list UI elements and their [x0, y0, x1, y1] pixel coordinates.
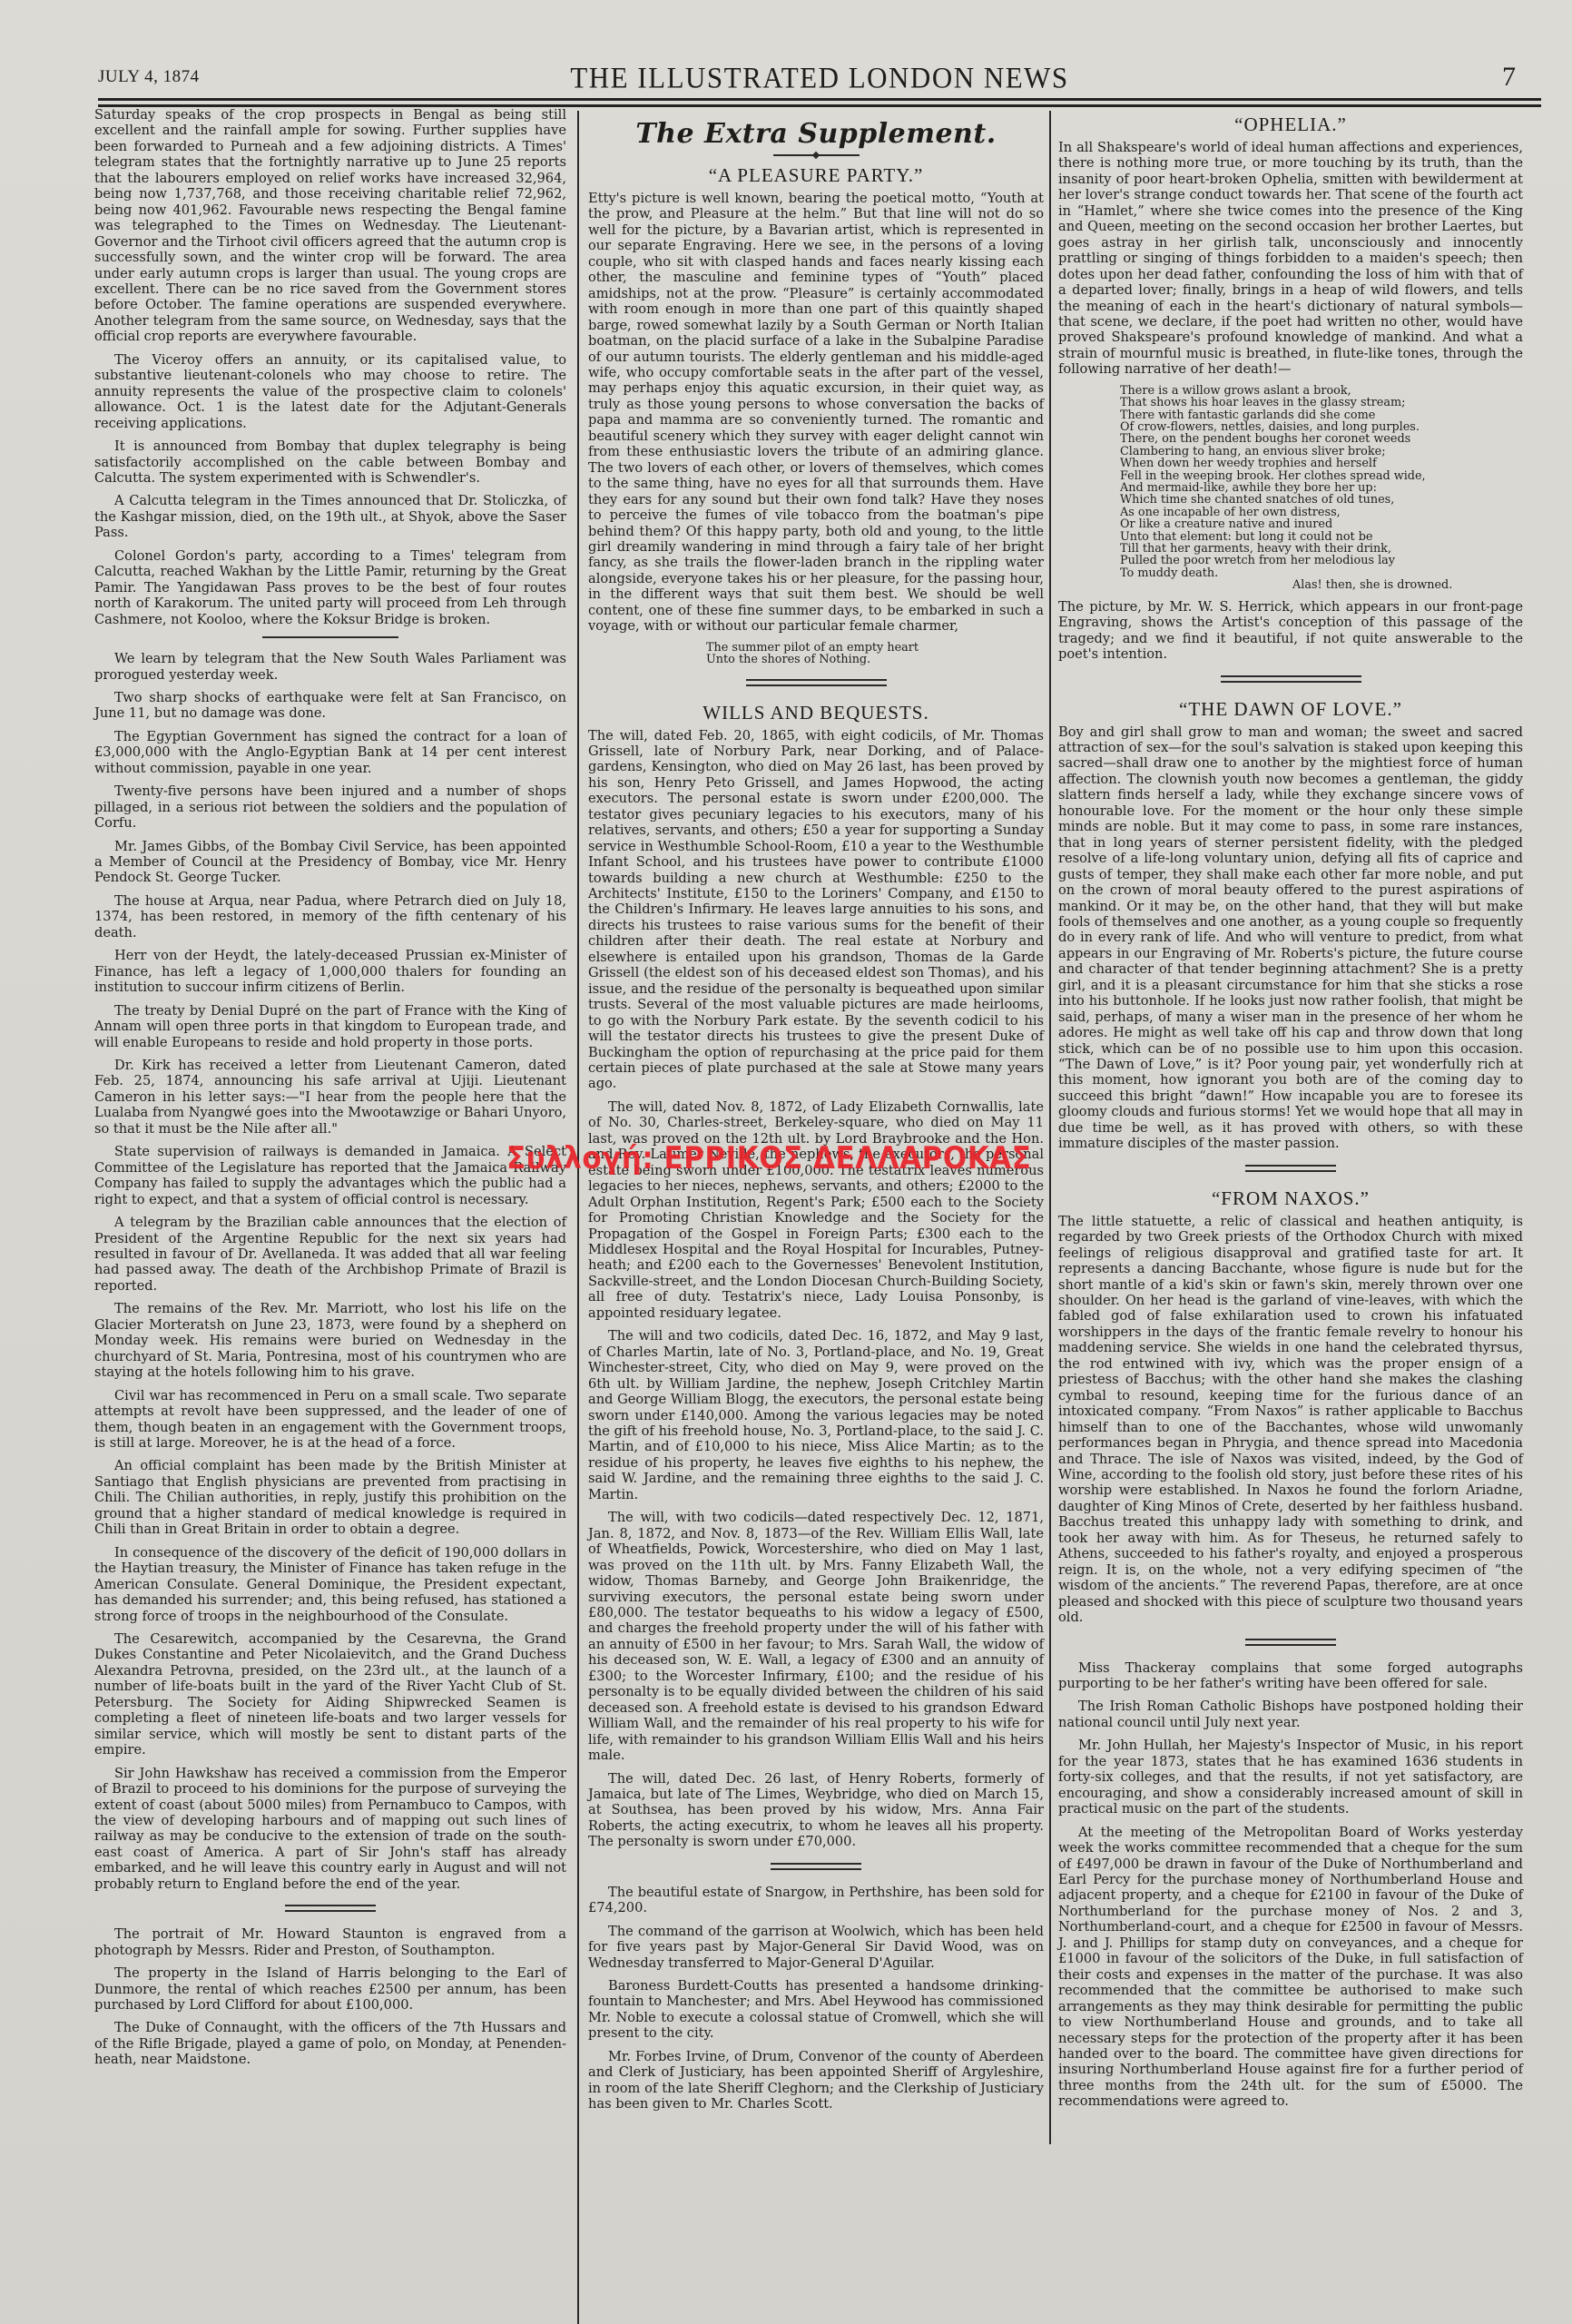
article-pleasure-party: “A PLEASURE PARTY.” Etty's picture is we…: [588, 163, 1044, 666]
verse-line: Unto that element: but long it could not…: [1120, 531, 1523, 543]
verse-line: Clambering to hang, an envious sliver br…: [1120, 446, 1523, 458]
column-divider: [577, 111, 579, 2324]
paragraph: A Calcutta telegram in the Times announc…: [94, 493, 566, 540]
article-body: Etty's picture is well known, bearing th…: [588, 191, 1044, 635]
verse-line: There with fantastic garlands did she co…: [1120, 409, 1523, 421]
verse-line: There is a willow grows aslant a brook,: [1120, 385, 1523, 397]
verse-quote: The summer pilot of an empty heart Unto …: [588, 642, 1044, 666]
article-body: Boy and girl shall grow to man and woman…: [1058, 724, 1523, 1152]
section-rule: [771, 1863, 861, 1870]
paragraph: The will, with two codicils—dated respec…: [588, 1510, 1044, 1763]
article-ophelia: “OPHELIA.” In all Shakspeare's world of …: [1058, 113, 1523, 663]
paragraph: The Egyptian Government has signed the c…: [94, 729, 566, 776]
verse-line: When down her weedy trophies and herself: [1120, 458, 1523, 469]
paragraph: Civil war has recommenced in Peru on a s…: [94, 1388, 566, 1452]
verse-line: Till that her garments, heavy with their…: [1120, 543, 1523, 555]
article-headline: WILLS AND BEQUESTS.: [588, 701, 1044, 724]
verse-line: Unto the shores of Nothing.: [706, 654, 1044, 665]
article-headline: “OPHELIA.”: [1058, 113, 1523, 136]
paragraph: The Viceroy offers an annuity, or its ca…: [94, 352, 566, 431]
paragraph: The will, dated Dec. 26 last, of Henry R…: [588, 1771, 1044, 1850]
paragraph: The Irish Roman Catholic Bishops have po…: [1058, 1699, 1523, 1730]
column-news-right: “OPHELIA.” In all Shakspeare's world of …: [1058, 107, 1523, 2117]
ornament-rule: [773, 154, 860, 156]
paragraph: Mr. Forbes Irvine, of Drum, Convenor of …: [588, 2049, 1044, 2112]
paragraph: The command of the garrison at Woolwich,…: [588, 1924, 1044, 1971]
paragraph: Twenty-five persons have been injured an…: [94, 783, 566, 831]
section-rule: [1221, 675, 1361, 683]
paragraph: The picture, by Mr. W. S. Herrick, which…: [1058, 599, 1523, 663]
paragraph: Colonel Gordon's party, according to a T…: [94, 548, 566, 627]
verse-line: Fell in the weeping brook. Her clothes s…: [1120, 470, 1523, 482]
paragraph: The Cesarewitch, accompanied by the Cesa…: [94, 1631, 566, 1758]
verse-line: And mermaid-like, awhile they bore her u…: [1120, 482, 1523, 494]
news-group-foreign: We learn by telegram that the New South …: [94, 651, 566, 1892]
paragraph: In consequence of the discovery of the d…: [94, 1545, 566, 1624]
paragraph: Herr von der Heydt, the lately-deceased …: [94, 948, 566, 995]
paragraph: The property in the Island of Harris bel…: [94, 1965, 566, 2013]
article-dawn-of-love: “THE DAWN OF LOVE.” Boy and girl shall g…: [1058, 697, 1523, 1152]
masthead-rule: [98, 98, 1541, 107]
paragraph: A telegram by the Brazilian cable announ…: [94, 1215, 566, 1294]
section-rule: [285, 1905, 376, 1912]
verse-line: Pulled the poor wretch from her melodiou…: [1120, 555, 1523, 566]
paragraph: The treaty by Denial Dupré on the part o…: [94, 1003, 566, 1050]
paragraph: Saturday speaks of the crop prospects in…: [94, 107, 566, 345]
paragraph: The will, dated Nov. 8, 1872, of Lady El…: [588, 1099, 1044, 1321]
verse-line: As one incapable of her own distress,: [1120, 507, 1523, 518]
verse-line: That shows his hoar leaves in the glassy…: [1120, 397, 1523, 409]
paragraph: An official complaint has been made by t…: [94, 1458, 566, 1537]
article-body: In all Shakspeare's world of ideal human…: [1058, 140, 1523, 378]
paragraph: The Duke of Connaught, with the officers…: [94, 2020, 566, 2067]
verse-line: Which time she chanted snatches of old t…: [1120, 494, 1523, 506]
verse-line: The summer pilot of an empty heart: [706, 642, 1044, 654]
section-rule: [262, 636, 398, 638]
paragraph: At the meeting of the Metropolitan Board…: [1058, 1825, 1523, 2110]
paragraph: State supervision of railways is demande…: [94, 1144, 566, 1207]
section-title: The Extra Supplement.: [588, 116, 1044, 153]
article-from-naxos: “FROM NAXOS.” The little statuette, a re…: [1058, 1187, 1523, 1626]
paragraph: The portrait of Mr. Howard Staunton is e…: [94, 1926, 566, 1958]
masthead: JULY 4, 1874 THE ILLUSTRATED LONDON NEWS…: [98, 62, 1541, 98]
paragraph: We learn by telegram that the New South …: [94, 651, 566, 683]
paragraph: The will, dated Feb. 20, 1865, with eigh…: [588, 728, 1044, 1092]
newspaper-title: THE ILLUSTRATED LONDON NEWS: [98, 61, 1541, 95]
section-rule: [1245, 1165, 1336, 1172]
column-supplement: The Extra Supplement. “A PLEASURE PARTY.…: [588, 107, 1044, 2120]
verse-quote: There is a willow grows aslant a brook, …: [1058, 385, 1523, 592]
article-wills-and-bequests: WILLS AND BEQUESTS. The will, dated Feb.…: [588, 701, 1044, 1850]
column-news-left: Saturday speaks of the crop prospects in…: [94, 107, 566, 2075]
paragraph: Sir John Hawkshaw has received a commiss…: [94, 1766, 566, 1893]
article-headline: “THE DAWN OF LOVE.”: [1058, 697, 1523, 721]
verse-line: Or like a creature native and inured: [1120, 518, 1523, 530]
paragraph: Two sharp shocks of earthquake were felt…: [94, 690, 566, 722]
paragraph: Mr. James Gibbs, of the Bombay Civil Ser…: [94, 839, 566, 886]
news-group-india: Saturday speaks of the crop prospects in…: [94, 107, 566, 627]
paragraph: Mr. John Hullah, her Majesty's Inspector…: [1058, 1738, 1523, 1817]
news-group-misc: The beautiful estate of Snargow, in Pert…: [588, 1885, 1044, 2112]
paragraph: The will and two codicils, dated Dec. 16…: [588, 1328, 1044, 1502]
page-number: 7: [1502, 62, 1516, 93]
news-group-home: The portrait of Mr. Howard Staunton is e…: [94, 1926, 566, 2068]
newspaper-page: JULY 4, 1874 THE ILLUSTRATED LONDON NEWS…: [0, 0, 1572, 2324]
section-rule: [746, 679, 887, 686]
article-headline: “FROM NAXOS.”: [1058, 1187, 1523, 1210]
paragraph: The beautiful estate of Snargow, in Pert…: [588, 1885, 1044, 1916]
paragraph: Dr. Kirk has received a letter from Lieu…: [94, 1058, 566, 1137]
news-group-misc: Miss Thackeray complains that some forge…: [1058, 1660, 1523, 2110]
section-rule: [1245, 1639, 1336, 1646]
article-body: The little statuette, a relic of classic…: [1058, 1214, 1523, 1626]
paragraph: Baroness Burdett-Coutts has presented a …: [588, 1978, 1044, 2042]
paragraph: The house at Arqua, near Padua, where Pe…: [94, 893, 566, 940]
verse-line: Alas! then, she is drowned.: [1120, 579, 1523, 591]
article-headline: “A PLEASURE PARTY.”: [588, 163, 1044, 187]
verse-line: Of crow-flowers, nettles, daisies, and l…: [1120, 421, 1523, 433]
verse-line: There, on the pendent boughs her coronet…: [1120, 433, 1523, 445]
verse-line: To muddy death.: [1120, 567, 1523, 579]
paragraph: It is announced from Bombay that duplex …: [94, 438, 566, 486]
column-divider: [1049, 111, 1051, 2144]
collection-watermark: Συλλογή: ΕΡΡΙΚΟΣ ΔΕΛΛΑΡΟΚΑΣ: [506, 1140, 1031, 1177]
paragraph: Miss Thackeray complains that some forge…: [1058, 1660, 1523, 1692]
paragraph: The remains of the Rev. Mr. Marriott, wh…: [94, 1301, 566, 1380]
